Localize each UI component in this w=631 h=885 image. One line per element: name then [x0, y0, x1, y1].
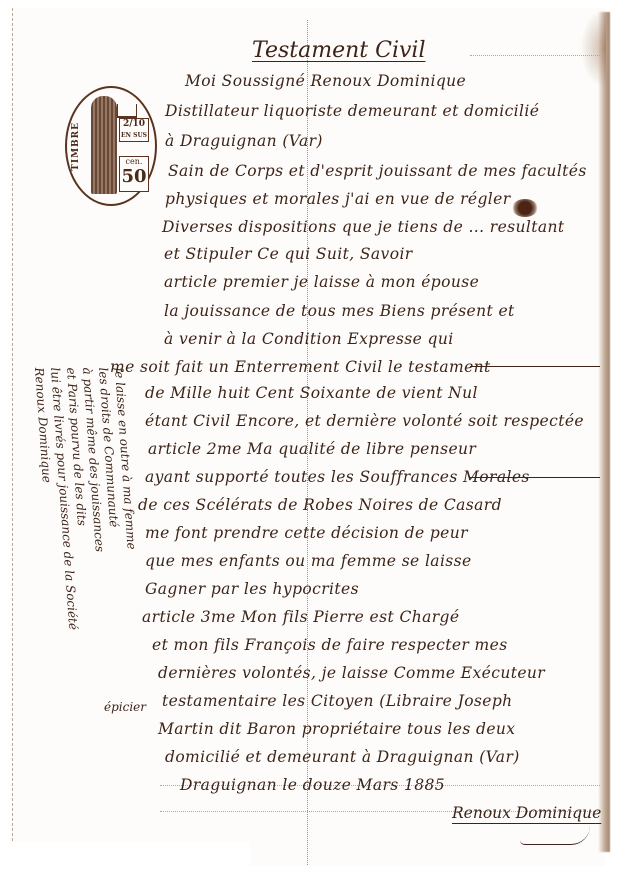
text-line: me font prendre cette décision de peur — [145, 524, 468, 542]
text-line: et Stipuler Ce qui Suit, Savoir — [164, 245, 413, 263]
margin-side-word: épicier — [104, 700, 146, 714]
text-line: testamentaire les Citoyen (Libraire Jose… — [162, 692, 513, 710]
text-line: Moi Soussigné Renoux Dominique — [185, 72, 466, 90]
text-line: la jouissance de tous mes Biens présent … — [164, 302, 515, 320]
ink-blot — [512, 199, 538, 217]
stamp-fraction: 2/10 EN SUS — [119, 118, 149, 142]
date-line: Draguignan le douze Mars 1885 — [180, 776, 445, 794]
signature: Renoux Dominique — [452, 804, 601, 822]
text-line: étant Civil Encore, et dernière volonté … — [145, 412, 584, 430]
document-title: Testament Civil — [252, 38, 426, 63]
text-line: de Mille huit Cent Soixante de vient Nul — [145, 384, 478, 402]
text-line: article 2me Ma qualité de libre penseur — [148, 440, 476, 458]
margin-annotation: je laisse en outre à ma femme les droits… — [28, 368, 148, 748]
text-line: Gagner par les hypocrites — [145, 580, 359, 598]
text-line: et mon fils François de faire respecter … — [152, 636, 508, 654]
text-line: à Draguignan (Var) — [165, 132, 323, 150]
fold-line-horizontal — [470, 55, 600, 56]
aged-edge-right — [598, 12, 610, 852]
text-line: Martin dit Baron propriétaire tous les d… — [158, 720, 515, 738]
text-line: que mes enfants ou ma femme se laisse — [145, 552, 472, 570]
text-line: me soit fait un Enterrement Civil le tes… — [110, 358, 491, 376]
text-line: Distillateur liquoriste demeurant et dom… — [165, 102, 539, 120]
scales-icon — [117, 104, 137, 118]
justice-figure-icon — [91, 96, 117, 194]
text-line: article premier je laisse à mon épouse — [164, 273, 479, 291]
text-line: Diverses dispositions que je tiens de ..… — [162, 218, 565, 236]
text-line: physiques et morales j'ai en vue de régl… — [165, 190, 511, 208]
stamp-ring-text: TIMBRE — [71, 122, 81, 171]
stamp-value: cen. 50 — [119, 156, 149, 192]
text-line: à venir à la Condition Expresse qui — [164, 330, 454, 348]
signature-flourish — [520, 826, 590, 845]
text-line: Sain de Corps et d'esprit jouissant de m… — [168, 162, 587, 180]
fiscal-stamp: TIMBRE 2/10 EN SUS cen. 50 — [65, 86, 157, 206]
text-line: article 3me Mon fils Pierre est Chargé — [142, 608, 459, 626]
text-line: dernières volontés, je laisse Comme Exéc… — [158, 664, 545, 682]
text-line: de ces Scélérats de Robes Noires de Casa… — [138, 496, 502, 514]
torn-corner — [0, 842, 250, 885]
strikethrough — [470, 477, 600, 478]
text-line: domicilié et demeurant à Draguignan (Var… — [165, 748, 520, 766]
strikethrough — [470, 366, 600, 367]
